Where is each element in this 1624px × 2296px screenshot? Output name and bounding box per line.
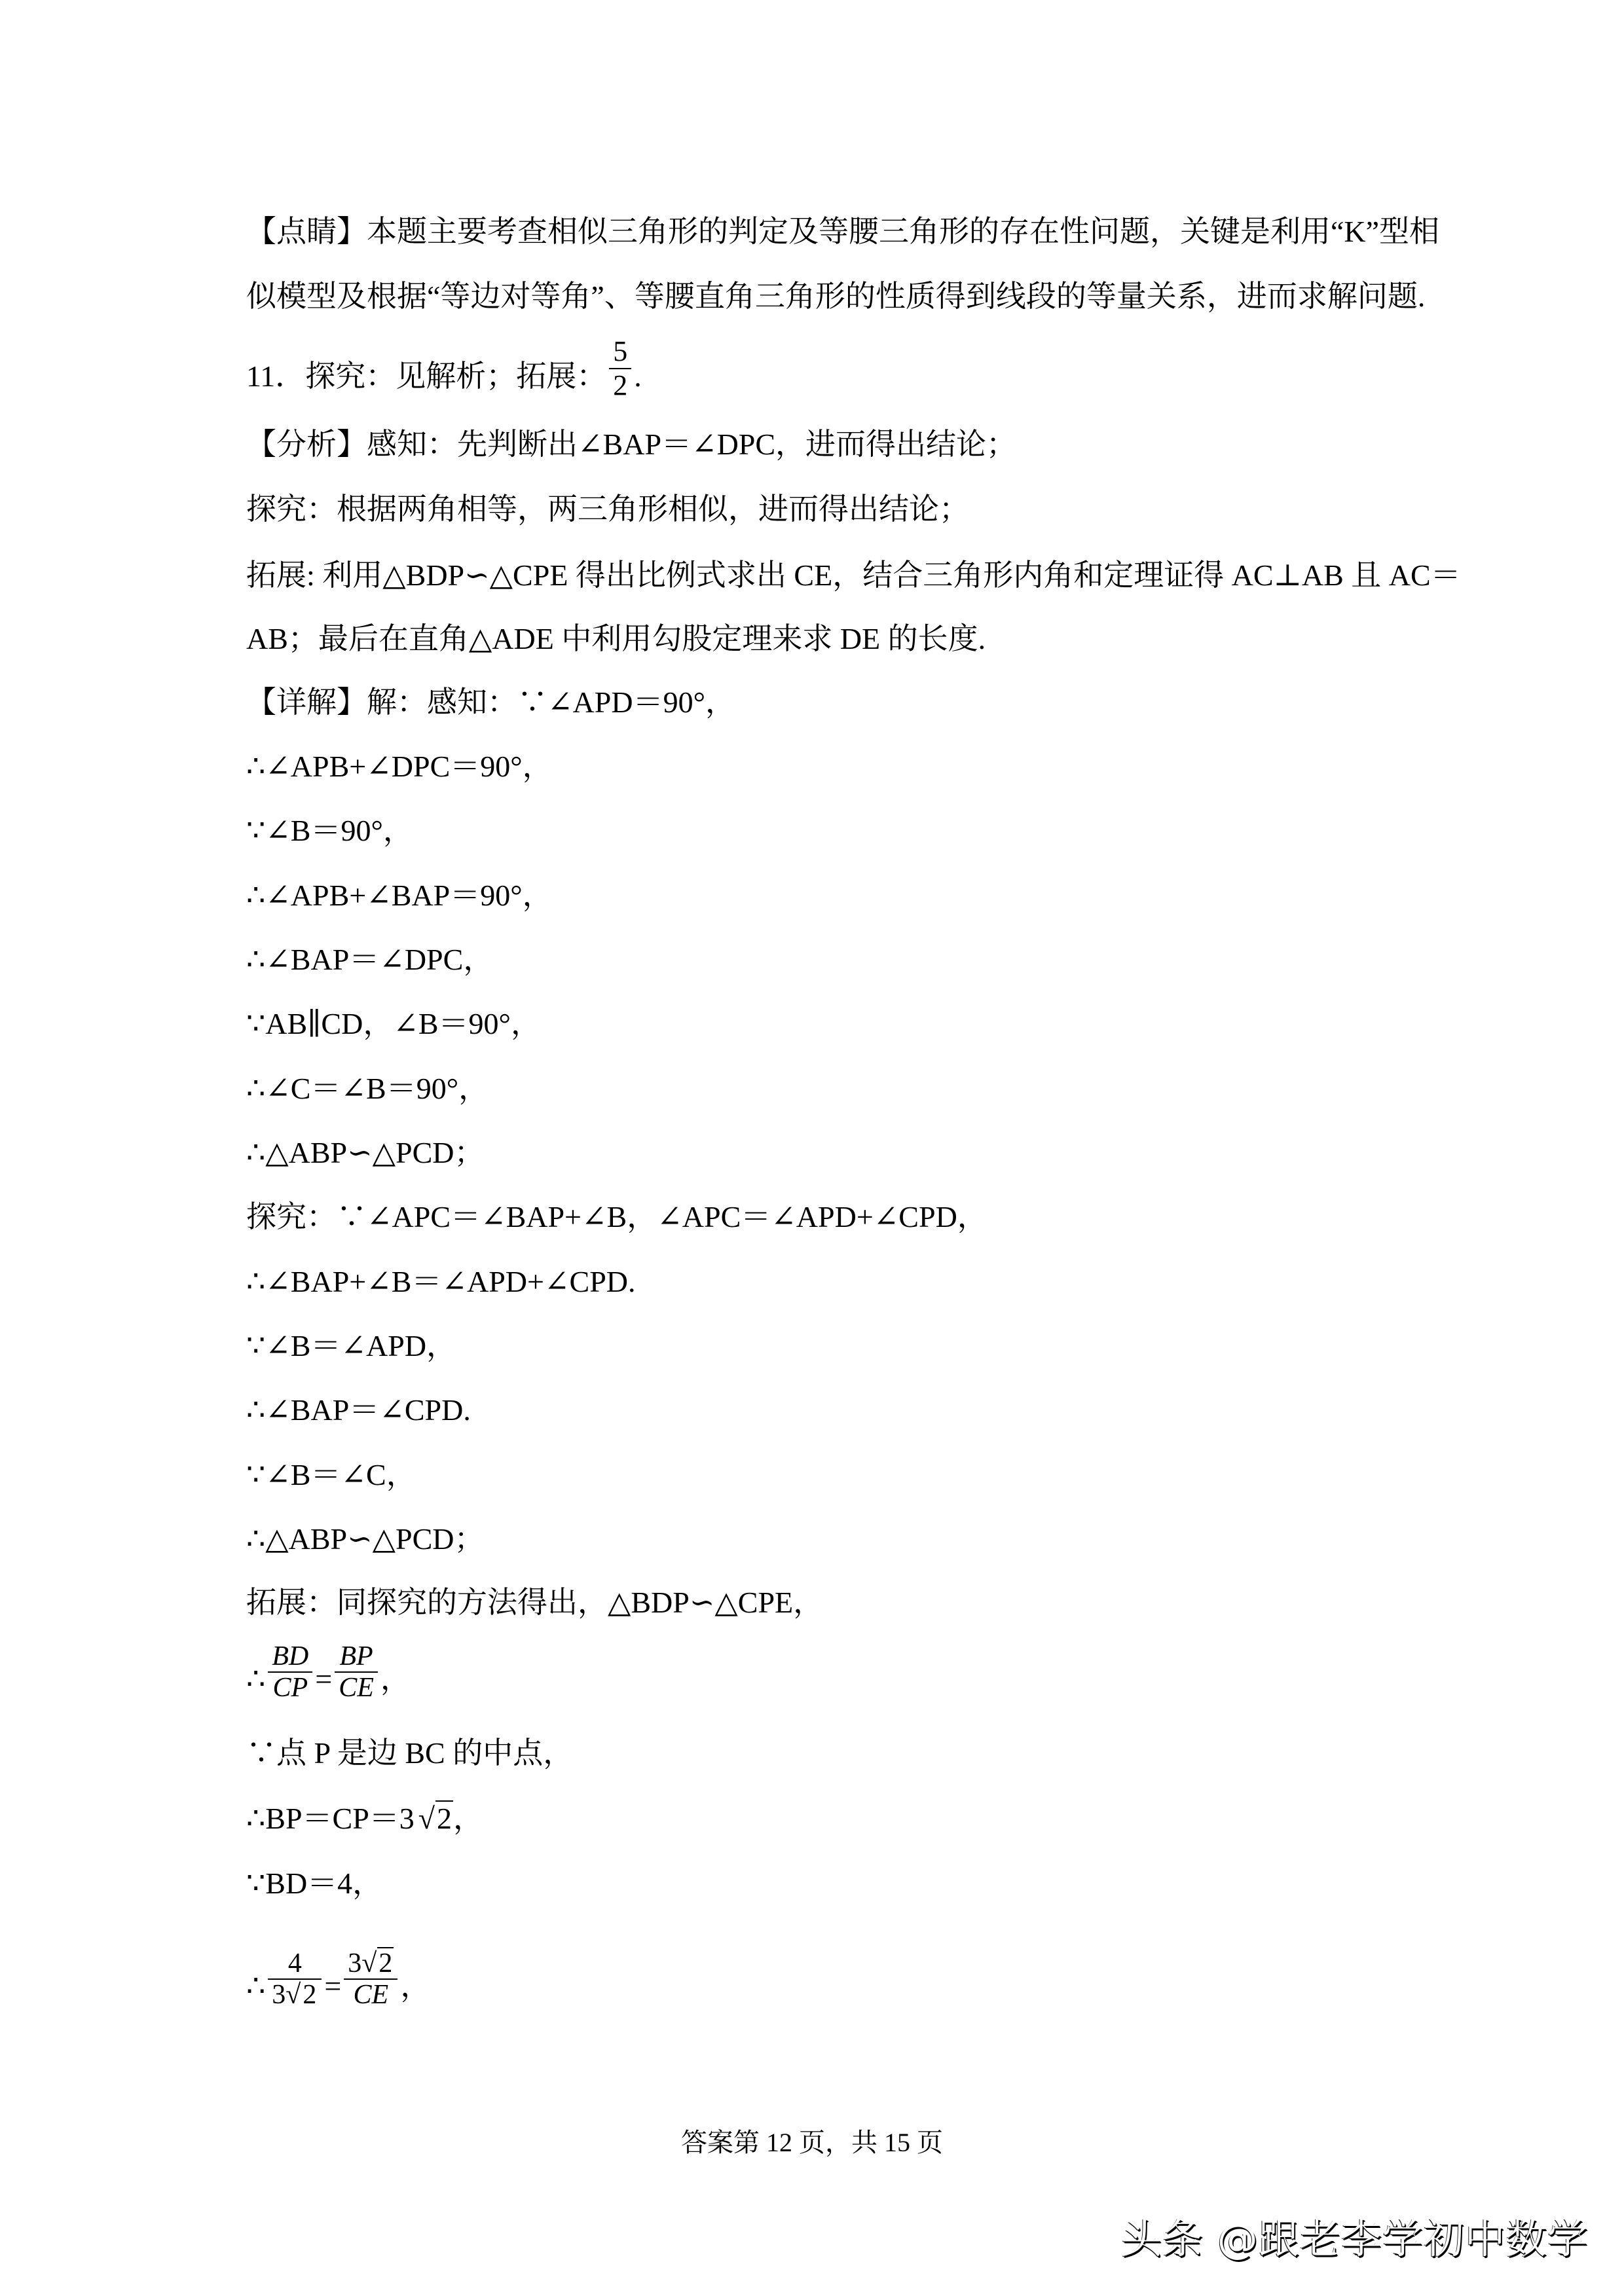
therefore-symbol: ∴ [246,1662,265,1696]
square-root: √2 [286,1980,318,2010]
analysis-line-4: AB；最后在直角△ADE 中利用勾股定理来求 DE 的长度. [246,619,986,659]
comma: ， [453,1802,483,1835]
step-text: ∵∠B＝90°， [246,814,413,847]
equals-sign: = [315,1662,332,1696]
fraction-numerator: BD [268,1641,312,1671]
watermark-text: 头条 @跟老李学初中数学 [1121,2215,1589,2263]
analysis-text-1: 感知：先判断出∠BAP＝∠DPC，进而得出结论； [367,428,1016,461]
step-text: 探究：∵∠APC＝∠BAP+∠B，∠APC＝∠APD+∠CPD， [246,1200,987,1233]
answer-suffix: . [634,359,642,393]
fraction-bp-ce: BP CE [335,1641,378,1703]
detail-intro: 解：感知：∵∠APD＝90°， [367,685,735,719]
final-equation: ∴ 4 3√2 = 3√2 CE ， [246,1963,430,2002]
step-text: ∴∠APB+∠BAP＝90°， [246,879,553,912]
square-root: √2 [361,1948,394,1978]
equals-sign: = [324,1969,341,2003]
fraction-denominator: 3√2 [268,1980,322,2010]
fraction-denominator: 2 [609,369,631,402]
fraction-3root2-over-ce: 3√2 CE [344,1948,397,2010]
fraction-4-over-3root2: 4 3√2 [268,1948,322,2010]
fraction-bd-cp: BD CP [268,1641,312,1703]
step-text: ∵点 P 是边 BC 的中点， [246,1736,573,1770]
therefore-symbol: ∴ [246,1969,265,2003]
step-text: 拓展：同探究的方法得出，△BDP∽△CPE， [246,1586,823,1619]
bp-cp-text: ∴BP＝CP＝3 [246,1802,415,1835]
step-text: ∴∠BAP＝∠DPC， [246,943,493,976]
fraction-numerator: BP [335,1641,377,1671]
analysis-text-2: 探究：根据两角相等，两三角形相似，进而得出结论； [246,492,969,526]
detail-step: ∵∠B＝∠C， [246,1455,416,1495]
fraction-denominator: CE [335,1673,378,1703]
page-footer: 答案第 12 页，共 15 页 [0,2123,1624,2162]
analysis-text-3: 拓展: 利用△BDP∽△CPE 得出比例式求出 CE，结合三角形内角和定理证得 … [246,558,1461,592]
bp-cp-equation: ∴BP＝CP＝3√2， [246,1799,483,1838]
comment-text-1: 本题主要考查相似三角形的判定及等腰三角形的存在性问题，关键是利用“K”型相 [367,215,1439,248]
step-text: ∵AB∥CD，∠B＝90°， [246,1007,541,1040]
detail-step: ∴∠APB+∠DPC＝90°， [246,747,553,786]
answer-fraction: 5 2 [609,335,631,402]
detail-step: ∴∠APB+∠BAP＝90°， [246,876,553,915]
comma: ， [380,1662,411,1696]
radicand: 2 [301,1978,318,2010]
detail-step: ∴△ABP∽△PCD； [246,1133,485,1173]
detail-step: ∵AB∥CD，∠B＝90°， [246,1004,541,1044]
detail-step: ∴∠BAP＝∠CPD. [246,1391,471,1430]
comment-text-2: 似模型及根据“等边对等角”、等腰直角三角形的性质得到线段的等量关系，进而求解问题… [246,280,1425,313]
step-text: ∴∠APB+∠DPC＝90°， [246,750,553,783]
detail-step: ∴∠C＝∠B＝90°， [246,1069,489,1108]
analysis-label: 【分析】 [246,428,367,461]
fraction-numerator: 5 [609,335,631,368]
fraction-denominator: CP [268,1673,312,1703]
analysis-line-2: 探究：根据两角相等，两三角形相似，进而得出结论； [246,490,969,529]
fraction-denominator: CE [349,1980,392,2010]
step-text: ∴△ABP∽△PCD； [246,1522,485,1556]
step-text: ∵BD＝4， [246,1867,382,1900]
detail-step: ∵点 P 是边 BC 的中点， [246,1734,573,1773]
detail-step: 探究：∵∠APC＝∠BAP+∠B，∠APC＝∠APD+∠CPD， [246,1197,987,1237]
ratio-equation: ∴ BD CP = BP CE ， [246,1656,411,1695]
radicand: 2 [377,1947,394,1978]
comma: ， [400,1969,430,2003]
detail-label: 【详解】 [246,685,367,719]
step-text: ∴∠BAP+∠B＝∠APD+∠CPD. [246,1265,636,1298]
detail-step: 拓展：同探究的方法得出，△BDP∽△CPE， [246,1583,823,1622]
comment-label: 【点睛】 [246,215,367,248]
question-11-answer: 11．探究：见解析；拓展： 5 2 . [246,351,642,390]
analysis-line-1: 【分析】感知：先判断出∠BAP＝∠DPC，进而得出结论； [246,425,1016,464]
page-number-label: 答案第 12 页，共 15 页 [681,2128,943,2157]
fraction-numerator: 3√2 [344,1948,397,1978]
detail-step: ∴∠BAP＝∠DPC， [246,940,493,979]
detail-step: ∴∠BAP+∠B＝∠APD+∠CPD. [246,1262,636,1302]
detail-step: ∴△ABP∽△PCD； [246,1520,485,1559]
coefficient: 3 [348,1948,361,1978]
detail-line-intro: 【详解】解：感知：∵∠APD＝90°， [246,683,735,722]
detail-step: ∵∠B＝90°， [246,811,413,850]
step-text: ∴△ABP∽△PCD； [246,1136,485,1169]
radicand: 2 [435,1800,453,1835]
step-text: ∴∠BAP＝∠CPD. [246,1393,471,1427]
detail-step: ∵∠B＝∠APD， [246,1326,456,1366]
step-text: ∵∠B＝∠APD， [246,1329,456,1362]
analysis-line-3: 拓展: 利用△BDP∽△CPE 得出比例式求出 CE，结合三角形内角和定理证得 … [246,556,1461,595]
comment-line-1: 【点睛】本题主要考查相似三角形的判定及等腰三角形的存在性问题，关键是利用“K”型… [246,212,1439,251]
fraction-numerator: 4 [284,1948,306,1978]
square-root: √2 [418,1799,453,1838]
detail-step: ∵BD＝4， [246,1864,382,1903]
analysis-text-4: AB；最后在直角△ADE 中利用勾股定理来求 DE 的长度. [246,622,986,655]
comment-line-2: 似模型及根据“等边对等角”、等腰直角三角形的性质得到线段的等量关系，进而求解问题… [246,277,1425,316]
watermark: 头条 @跟老李学初中数学 [1121,2214,1589,2264]
step-text: ∴∠C＝∠B＝90°， [246,1072,489,1105]
coefficient: 3 [272,1980,286,2010]
answer-prefix: 11．探究：见解析；拓展： [246,359,606,393]
step-text: ∵∠B＝∠C， [246,1458,416,1491]
